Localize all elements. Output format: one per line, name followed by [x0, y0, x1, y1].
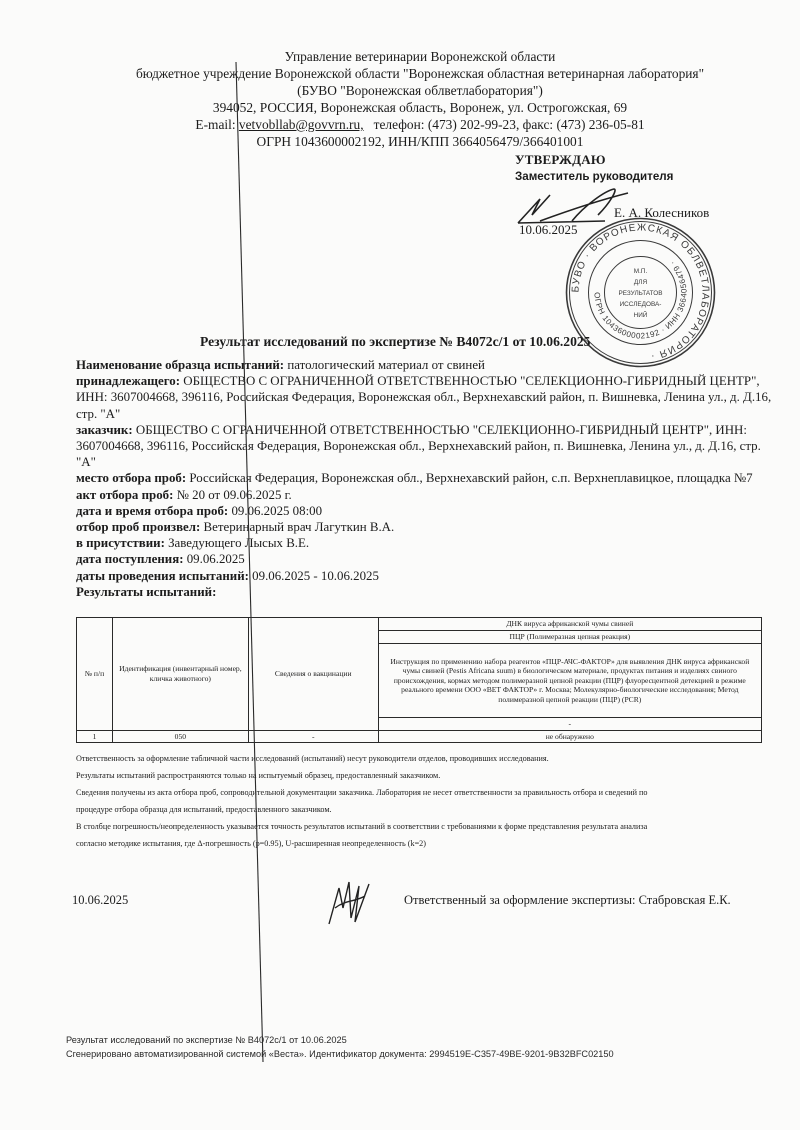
- stamp-center-4: ИССЛЕДОВА-: [620, 301, 662, 308]
- header-test-name: ДНК вируса африканской чумы свиней: [378, 618, 761, 631]
- results-table: № п/п Идентификация (инвентарный номер, …: [76, 617, 762, 743]
- note-source-cont: процедуре отбора образца для испытаний, …: [76, 801, 776, 818]
- responsible-person: Ответственный за оформление экспертизы: …: [404, 893, 731, 908]
- field-sampling-act: акт отбора проб: № 20 от 09.06.2025 г.: [76, 487, 776, 503]
- results-label: Результаты испытаний:: [76, 584, 776, 600]
- footer: Результат исследований по экспертизе № В…: [66, 1033, 614, 1061]
- field-test-dates: даты проведения испытаний: 09.06.2025 - …: [76, 568, 776, 584]
- field-customer: заказчик: ОБЩЕСТВО С ОГРАНИЧЕННОЙ ОТВЕТС…: [76, 422, 776, 471]
- note-responsibility: Ответственность за оформление табличной …: [76, 750, 776, 767]
- header-instruction: Инструкция по применению набора реагенто…: [378, 644, 761, 718]
- stamp-center-3: РЕЗУЛЬТАТОВ: [618, 290, 662, 297]
- responsible-signature-icon: [325, 878, 373, 928]
- header-identification: Идентификация (инвентарный номер, кличка…: [112, 618, 248, 731]
- approval-title: УТВЕРЖДАЮ: [515, 152, 606, 168]
- header-method: ПЦР (Полимеразная цепная реакция): [378, 631, 761, 644]
- field-in-presence: в присутствии: Заведующего Лысых В.Е.: [76, 535, 776, 551]
- note-uncertainty: В столбце погрешность/неопределенность у…: [76, 818, 776, 835]
- notes: Ответственность за оформление табличной …: [76, 750, 776, 852]
- lab-short-name: (БУВО "Воронежская облветлаборатория"): [0, 83, 800, 99]
- signature-date: 10.06.2025: [72, 893, 128, 908]
- email-link[interactable]: vetvobllab@govvrn.ru,: [239, 117, 364, 132]
- footer-document-ref: Результат исследований по экспертизе № В…: [66, 1033, 614, 1047]
- stamp-center-1: М.П.: [634, 268, 648, 275]
- field-sample-name: Наименование образца испытаний: патологи…: [76, 357, 776, 373]
- phone-fax: телефон: (473) 202-99-23, факс: (473) 23…: [374, 117, 645, 132]
- email-label: E-mail:: [195, 117, 235, 132]
- note-uncertainty-cont: согласно методике испытания, где Δ-погре…: [76, 835, 776, 852]
- agency-name: Управление ветеринарии Воронежской облас…: [0, 49, 800, 65]
- note-scope: Результаты испытаний распространяются то…: [76, 767, 776, 784]
- cell-num: 1: [77, 731, 113, 743]
- lab-full-name: бюджетное учреждение Воронежской области…: [0, 66, 800, 82]
- header-num: № п/п: [77, 618, 113, 731]
- lab-registration: ОГРН 1043600002192, ИНН/КПП 3664056479/3…: [0, 134, 800, 150]
- field-received-date: дата поступления: 09.06.2025: [76, 551, 776, 567]
- cell-vaccination: -: [248, 731, 378, 743]
- lab-address: 394052, РОССИЯ, Воронежская область, Вор…: [0, 100, 800, 116]
- header-norm: -: [378, 718, 761, 731]
- footer-generated-id: Сгенерировано автоматизированной системо…: [66, 1047, 614, 1061]
- stamp-center-2: ДЛЯ: [634, 279, 648, 286]
- header-vaccination: Сведения о вакцинации: [248, 618, 378, 731]
- cell-result: не обнаружено: [378, 731, 761, 743]
- approver-role: Заместитель руководителя: [515, 170, 673, 183]
- field-sampling-datetime: дата и время отбора проб: 09.06.2025 08:…: [76, 503, 776, 519]
- sample-details: Наименование образца испытаний: патологи…: [76, 357, 776, 600]
- note-source: Сведения получены из акта отбора проб, с…: [76, 784, 776, 801]
- table-row: 1 050 - не обнаружено: [77, 731, 762, 743]
- lab-contacts: E-mail: vetvobllab@govvrn.ru, телефон: (…: [0, 117, 800, 133]
- field-sampling-place: место отбора проб: Российская Федерация,…: [76, 470, 776, 486]
- field-sampled-by: отбор проб произвел: Ветеринарный врач Л…: [76, 519, 776, 535]
- stamp-center-5: НИЙ: [634, 310, 648, 319]
- document-title: Результат исследований по экспертизе № В…: [200, 334, 590, 350]
- cell-id: 050: [112, 731, 248, 743]
- field-owner: принадлежащего: ОБЩЕСТВО С ОГРАНИЧЕННОЙ …: [76, 373, 776, 422]
